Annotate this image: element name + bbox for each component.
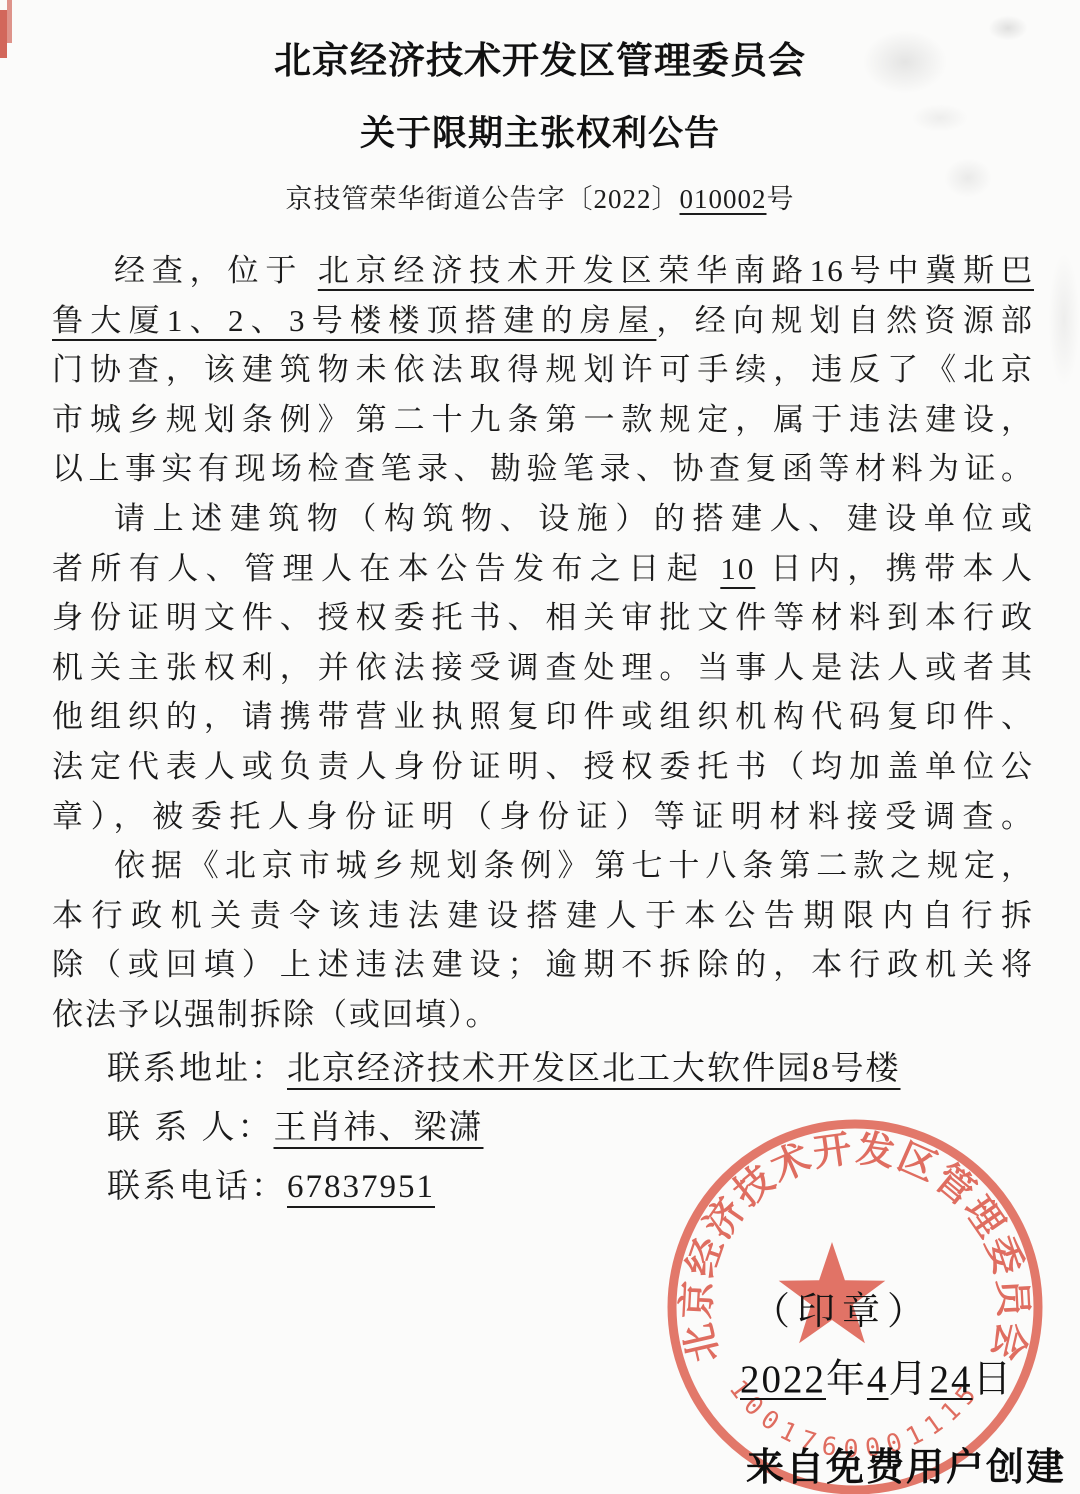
notice-text-line: 法定代表人或负责人身份证明、授权委托书（均加盖单位公 — [52, 742, 1034, 792]
doc-number: 京技管荣华街道公告字〔2022〕010002号 — [0, 177, 1080, 216]
contact-value: 北京经济技术开发区北工大软件园8号楼 — [287, 1051, 901, 1087]
notice-text-line: 以上事实有现场检查笔录、勘验笔录、协查复函等材料为证。 — [52, 444, 1034, 494]
seal-date-day-unit: 日 — [973, 1358, 1014, 1401]
notice-text-line: 请上述建筑物（构筑物、设施）的搭建人、建设单位或 — [52, 494, 1034, 544]
contact-value: 王肖祎、梁潇 — [274, 1110, 484, 1146]
notice-text-line: 经查，位于 北京经济技术开发区荣华南路16号中冀斯巴 — [52, 246, 1034, 296]
seal-date-month: 4 — [867, 1358, 889, 1401]
notice-text-line: 身份证明文件、授权委托书、相关审批文件等材料到本行政 — [52, 593, 1034, 643]
notice-text-line: 者所有人、管理人在本公告发布之日起 10 日内，携带本人 — [52, 544, 1034, 594]
notice-text-line: 依据《北京市城乡规划条例》第七十八条第二款之规定， — [52, 841, 1034, 891]
doc-number-value: 010002 — [680, 184, 767, 214]
notice-text-line: 章），被委托人身份证明（身份证）等证明材料接受调查。 — [52, 792, 1034, 842]
seal-date-year-unit: 年 — [826, 1358, 867, 1401]
stamp-placeholder-label: （印章） — [752, 1280, 932, 1335]
org-title: 北京经济技术开发区管理委员会 — [0, 30, 1080, 84]
notice-lines: 经查，位于 北京经济技术开发区荣华南路16号中冀斯巴鲁大厦1、2、3号楼楼顶搭建… — [52, 246, 1034, 1040]
notice-text-line: 机关主张权利，并依法接受调查处理。当事人是法人或者其 — [52, 643, 1034, 693]
notice-text-line: 除（或回填）上述违法建设；逾期不拆除的，本行政机关将 — [52, 940, 1034, 990]
notice-text-line: 依法予以强制拆除（或回填）。 — [52, 990, 1034, 1040]
notice-title: 关于限期主张权利公告 — [0, 106, 1080, 156]
contact-value: 67837951 — [287, 1169, 435, 1205]
seal-date-month-unit: 月 — [889, 1358, 930, 1401]
doc-number-prefix: 京技管荣华街道公告字〔2022〕 — [286, 184, 680, 214]
seal-date-day: 24 — [930, 1358, 973, 1401]
contact-label: 联 系 人： — [107, 1110, 274, 1146]
contact-line: 联系地址：北京经济技术开发区北工大软件园8号楼 — [52, 1040, 1034, 1099]
notice-text-line: 鲁大厦1、2、3号楼楼顶搭建的房屋，经向规划自然资源部 — [52, 296, 1034, 346]
contact-label: 联系电话： — [107, 1169, 287, 1205]
notice-text-line: 他组织的，请携带营业执照复印件或组织机构代码复印件、 — [52, 692, 1034, 742]
doc-number-suffix: 号 — [767, 184, 795, 214]
seal-date: 2022年4月24日 — [740, 1348, 1014, 1404]
contact-label: 联系地址： — [107, 1051, 287, 1087]
notice-text-line: 市城乡规划条例》第二十九条第一款规定，属于违法建设， — [52, 395, 1034, 445]
seal-date-year: 2022 — [740, 1358, 826, 1401]
scan-artifact-red-mark — [0, 10, 7, 58]
notice-text-line: 本行政机关责令该违法建设搭建人于本公告期限内自行拆 — [52, 891, 1034, 941]
notice-document: 北京经济技术开发区管理委员会 关于限期主张权利公告 京技管荣华街道公告字〔202… — [0, 0, 1080, 1494]
watermark-text: 来自免费用户创建 — [746, 1436, 1066, 1491]
notice-text-line: 门协查，该建筑物未依法取得规划许可手续，违反了《北京 — [52, 345, 1034, 395]
